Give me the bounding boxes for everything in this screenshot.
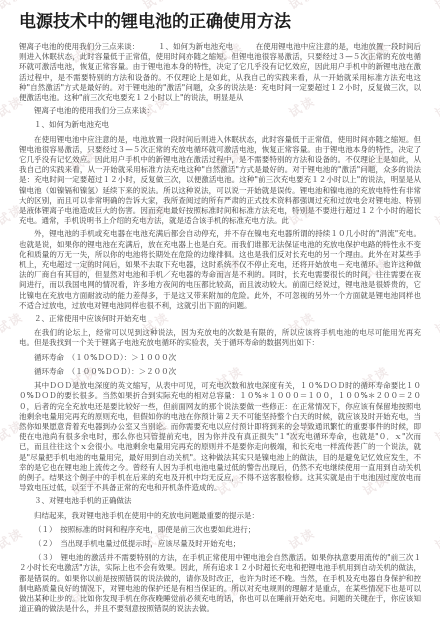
- cycle-life-data-line-2: 循环寿命 （１００%ＤＯＤ）：＞２００次: [19, 367, 421, 377]
- cycle-life-data-line-1: 循环寿命 （１０%ＤＯＤ）：＞１０００次: [19, 353, 421, 363]
- section-2-analysis-paragraph: 其中ＤＯＤ是放电深度的英文缩写，从表中可见，可充电次数和放电深度有关，１０%ＤＯ…: [19, 381, 421, 493]
- section-1-paragraph-continued: 外，锂电池的手机或充电器在电池充满后都会自动停充，并不存在镍电充电器所谓的持续１…: [19, 229, 421, 311]
- section-heading-2: ２、正常使用中应该何时开始充电: [19, 314, 421, 324]
- article-body: 电源技术中的锂电池的正确使用方法 锂离子电池的使用我们分三点来谈： １、如何为新…: [0, 0, 440, 614]
- section-heading-1: １、如何为新电池充电: [19, 120, 421, 130]
- section-3-lead-paragraph: 归结起来，我对锂电池手机在使用中的充放电问题最重要的提示是：: [19, 511, 421, 521]
- document-page: 电源技术中的锂电池的正确使用方法 锂离子电池的使用我们分三点来谈： １、如何为新…: [0, 0, 440, 620]
- section-1-paragraph: 在使用锂电池中应注意的是，电池放置一段时间后则进入休眠状态，此时容量低于正常值，…: [19, 135, 421, 227]
- paragraph-lead-in: 锂离子电池的使用我们分三点来谈：: [19, 106, 421, 116]
- section-heading-3: ３、对锂电池手机的正确做法: [19, 496, 421, 506]
- tip-item-2: （２） 当出现手机电量过低提示时，应该尽量及时开始充电；: [19, 539, 421, 549]
- section-2-paragraph: 在我们的论坛上，经常可以见到这种说法，因为充放电的次数是有限的，所以应该将手机电…: [19, 328, 421, 348]
- paragraph-intro: 锂离子电池的使用我们分三点来谈： １、如何为新电池充电 在使用锂电池中应注意的是…: [19, 42, 421, 103]
- tip-item-3: （３） 锂电池的激活并不需要特别的方法，在手机正常使用中锂电池会自然激活。如果你…: [19, 553, 421, 614]
- page-title: 电源技术中的锂电池的正确使用方法: [19, 12, 421, 33]
- tip-item-1: （１） 按照标准的时间和程序充电，即使是前三次也要如此进行；: [19, 525, 421, 535]
